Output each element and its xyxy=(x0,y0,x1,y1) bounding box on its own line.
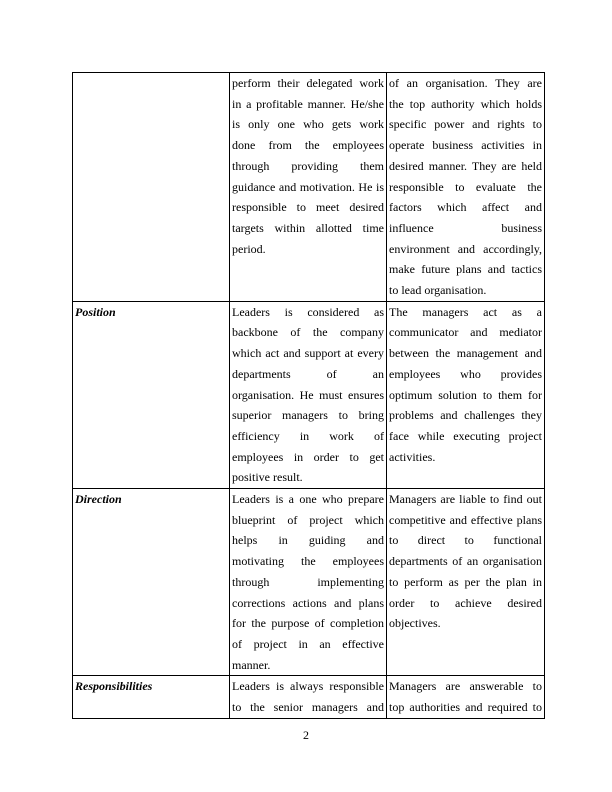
text-line: operate business activities in xyxy=(389,135,542,156)
text-line: the top authority which holds xyxy=(389,94,542,115)
text-line: perform their delegated work xyxy=(232,73,384,94)
manager-cell: of an organisation. They arethe top auth… xyxy=(387,73,545,302)
text-line: The managers act as a xyxy=(389,302,542,323)
text-line: departments of an organisation xyxy=(389,551,542,572)
text-line: for the purpose of completion xyxy=(232,613,384,634)
text-line: manner. xyxy=(232,655,384,676)
manager-cell: Managers are answerable totop authoritie… xyxy=(387,676,545,718)
manager-cell: The managers act as acommunicator and me… xyxy=(387,301,545,488)
text-line: factors which affect and xyxy=(389,197,542,218)
text-line: of an organisation. They are xyxy=(389,73,542,94)
text-line: to direct to functional xyxy=(389,530,542,551)
text-line: responsible to evaluate the xyxy=(389,177,542,198)
leader-cell: perform their delegated workin a profita… xyxy=(230,73,387,302)
text-line: activities. xyxy=(389,447,542,468)
text-line: specific power and rights to xyxy=(389,114,542,135)
text-line: through implementing xyxy=(232,572,384,593)
leader-cell: Leaders is a one who prepareblueprint of… xyxy=(230,489,387,676)
text-line: order to achieve desired xyxy=(389,593,542,614)
text-line: responsible to meet desired xyxy=(232,197,384,218)
text-line: blueprint of project which xyxy=(232,510,384,531)
text-line: make future plans and tactics xyxy=(389,259,542,280)
text-line: employees in order to get xyxy=(232,447,384,468)
text-line: period. xyxy=(232,239,384,260)
text-line: desired manner. They are held xyxy=(389,156,542,177)
text-line: competitive and effective plans xyxy=(389,510,542,531)
text-line: Leaders is considered as xyxy=(232,302,384,323)
row-label: Direction xyxy=(73,489,230,676)
text-line: helps in guiding and xyxy=(232,530,384,551)
text-line: to perform as per the plan in xyxy=(389,572,542,593)
text-line: to the senior managers and xyxy=(232,697,384,718)
text-line: Leaders is always responsible xyxy=(232,676,384,697)
text-line: objectives. xyxy=(389,613,542,634)
text-line: of project in an effective xyxy=(232,634,384,655)
text-line: between the management and xyxy=(389,343,542,364)
text-line: backbone of the company xyxy=(232,322,384,343)
text-line: corrections actions and plans xyxy=(232,593,384,614)
table-row: PositionLeaders is considered asbackbone… xyxy=(73,301,545,488)
text-line: communicator and mediator xyxy=(389,322,542,343)
text-line: guidance and motivation. He is xyxy=(232,177,384,198)
text-line: in a profitable manner. He/she xyxy=(232,94,384,115)
leader-cell: Leaders is considered asbackbone of the … xyxy=(230,301,387,488)
text-line: employees who provides xyxy=(389,364,542,385)
text-line: departments of an xyxy=(232,364,384,385)
leader-cell: Leaders is always responsibleto the seni… xyxy=(230,676,387,718)
text-line: superior managers to bring xyxy=(232,405,384,426)
comparison-table: perform their delegated workin a profita… xyxy=(72,72,545,719)
table-row: DirectionLeaders is a one who prepareblu… xyxy=(73,489,545,676)
text-line: done from the employees xyxy=(232,135,384,156)
table-row: ResponsibilitiesLeaders is always respon… xyxy=(73,676,545,718)
text-line: Managers are liable to find out xyxy=(389,489,542,510)
text-line: optimum solution to them for xyxy=(389,385,542,406)
row-label xyxy=(73,73,230,302)
text-line: targets within allotted time xyxy=(232,218,384,239)
text-line: through providing them xyxy=(232,156,384,177)
text-line: which act and support at every xyxy=(232,343,384,364)
text-line: efficiency in work of xyxy=(232,426,384,447)
text-line: face while executing project xyxy=(389,426,542,447)
text-line: Managers are answerable to xyxy=(389,676,542,697)
text-line: top authorities and required to xyxy=(389,697,542,718)
text-line: to lead organisation. xyxy=(389,280,542,301)
page-number: 2 xyxy=(0,728,612,743)
text-line: problems and challenges they xyxy=(389,405,542,426)
manager-cell: Managers are liable to find outcompetiti… xyxy=(387,489,545,676)
text-line: environment and accordingly, xyxy=(389,239,542,260)
text-line: Leaders is a one who prepare xyxy=(232,489,384,510)
row-label: Responsibilities xyxy=(73,676,230,718)
text-line: positive result. xyxy=(232,467,384,488)
text-line: influence business xyxy=(389,218,542,239)
text-line: motivating the employees xyxy=(232,551,384,572)
text-line: organisation. He must ensures xyxy=(232,385,384,406)
row-label: Position xyxy=(73,301,230,488)
table-row: perform their delegated workin a profita… xyxy=(73,73,545,302)
text-line: is only one who gets work xyxy=(232,114,384,135)
